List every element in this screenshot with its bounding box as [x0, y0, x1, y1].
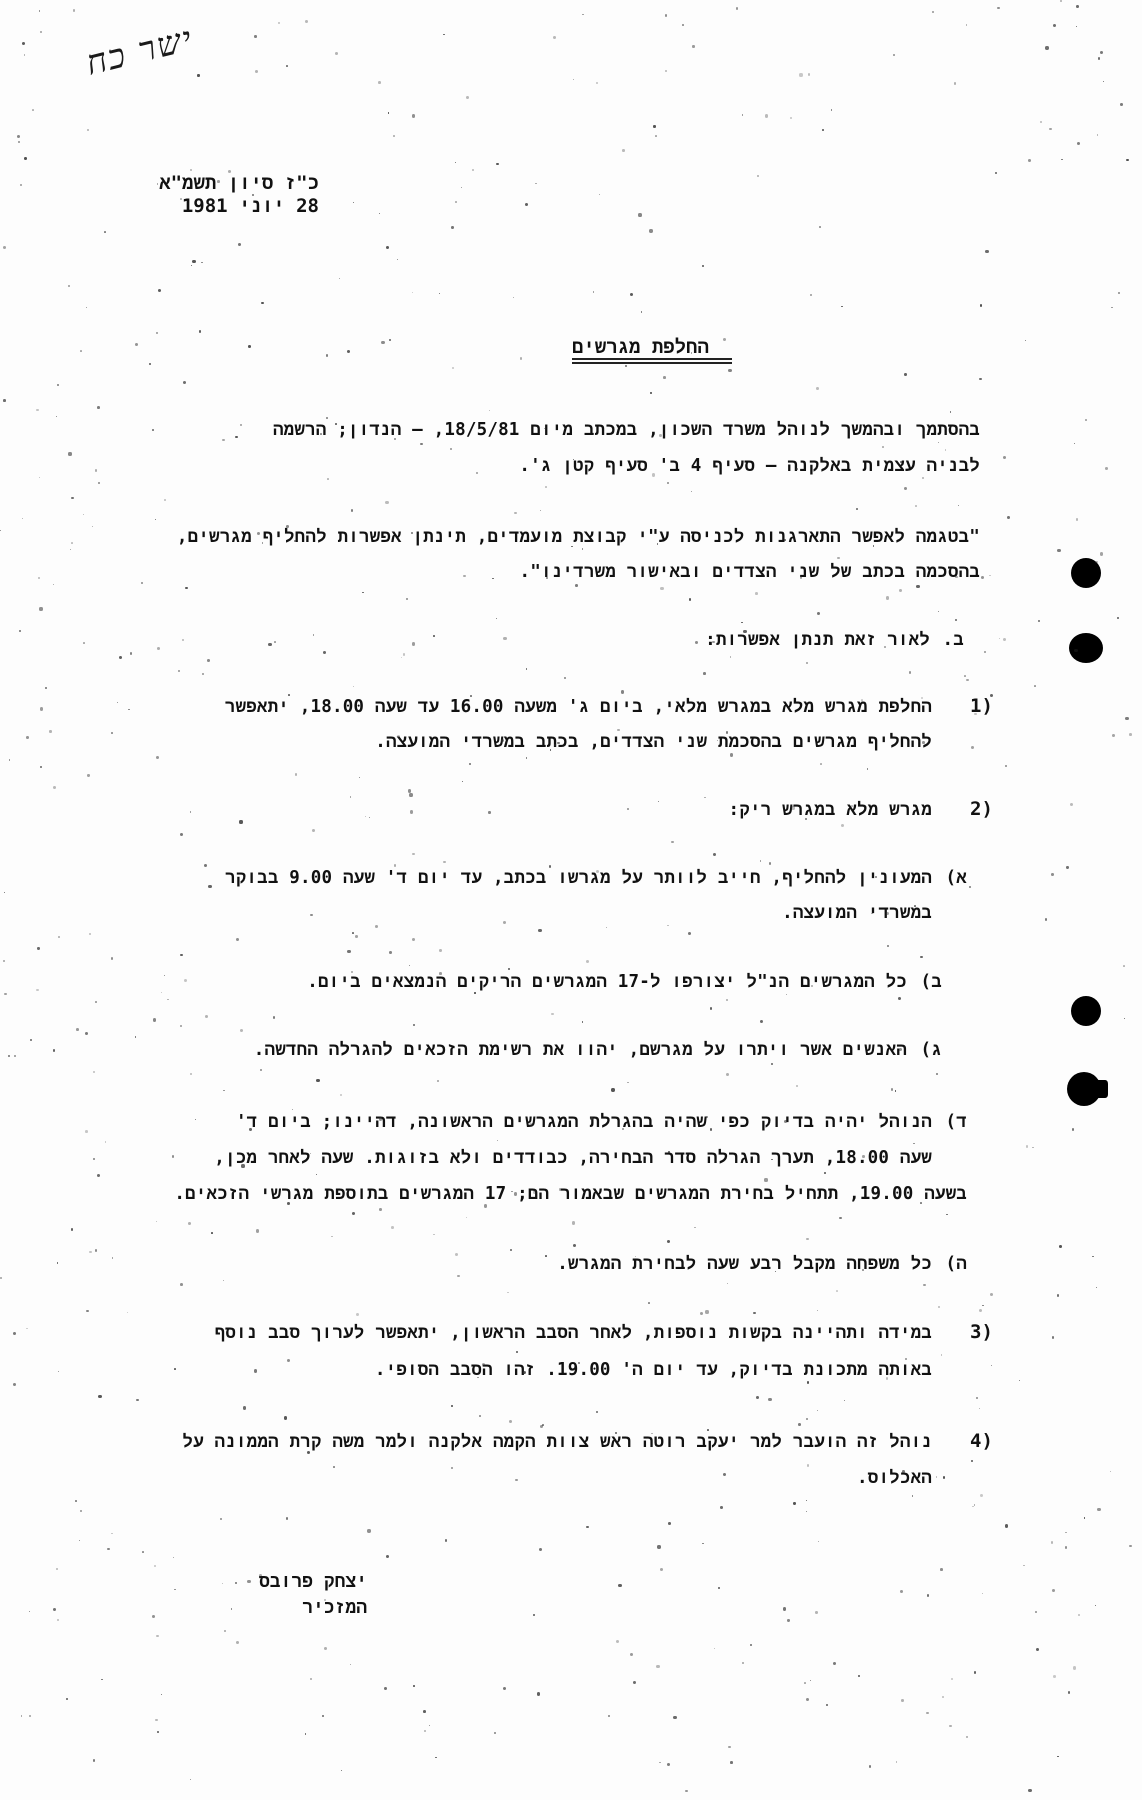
lead-in-text: לאור זאת תנתן אפשרות:	[705, 630, 930, 651]
quote-line-2: בהסכמה בכתב של שני הצדדים ובאישור משרדינ…	[520, 562, 980, 583]
title-underline-double	[572, 362, 732, 364]
subitem-e-line-1: כל משפחה מקבל רבע שעה לבחירת המגרש.	[557, 1254, 932, 1275]
quote-line-1: "בטגמה לאפשר התארגנות לכניסה ע"י קבוצת מ…	[177, 527, 980, 548]
item-1-line-1: החלפת מגרש מלא במגרש מלאי, ביום ג' משעה …	[225, 697, 932, 718]
subitem-d-marker: ד)	[946, 1112, 967, 1133]
punch-hole	[1069, 633, 1103, 663]
subitem-a-line-2: במשרדי המועצה.	[782, 903, 932, 924]
subitem-c-marker: ג)	[921, 1040, 942, 1061]
intro-line-2: לבניה עצמית באלקנה — סעיף 4 ב' סעיף קטן …	[519, 456, 980, 477]
subitem-b-line-1: כל המגרשים הנ"ל יצורפו ל-17 המגרשים הריק…	[307, 972, 907, 993]
subitem-c-line-1: האנשים אשר ויתרו על מגרשם, יהוו את רשימת…	[254, 1040, 907, 1061]
item-1-line-2: להחליף מגרשים בהסכמת שני הצדדים, בכתב במ…	[375, 732, 932, 753]
item-2-line-1: מגרש מלא במגרש ריק:	[729, 800, 932, 821]
lead-in-marker: ב.	[943, 630, 964, 651]
handwritten-note: ישר כח	[62, 19, 207, 128]
scanned-document-page: ישר כח כ"ז סיון תשמ"א 28 יוני 1981 החלפת…	[0, 0, 1142, 1800]
item-2-number: 2)	[970, 798, 993, 820]
item-3-number: 3)	[970, 1321, 993, 1343]
item-4-number: 4)	[970, 1430, 993, 1452]
subitem-b-marker: ב)	[921, 972, 942, 993]
subitem-d-line-1: הנוהל יהיה בדיוק כפי שהיה בהגרלת המגרשים…	[236, 1112, 932, 1133]
subitem-e-marker: ה)	[946, 1254, 967, 1275]
punch-hole-tear	[1094, 1080, 1108, 1098]
document-title: החלפת מגרשים	[572, 336, 709, 359]
date-gregorian: 28 יוני 1981	[159, 195, 319, 218]
subitem-a-marker: א)	[946, 868, 967, 889]
title-underline	[572, 358, 732, 360]
punch-hole	[1071, 996, 1101, 1026]
item-3-line-1: במידה ותהיינה בקשות נוספות, לאחר הסבב הר…	[215, 1323, 932, 1344]
subitem-d-line-2: שעה 18.00, תערך הגרלה סדר הבחירה, כבודדי…	[214, 1148, 932, 1169]
subitem-d-line-3: בשעה 19.00, תתחיל בחירת המגרשים שבאמור ה…	[174, 1184, 967, 1205]
signature-role: המזכיר	[302, 1597, 367, 1619]
item-1-number: 1)	[970, 695, 993, 717]
signature-name: יצחק פרובס	[259, 1571, 367, 1593]
date-hebrew: כ"ז סיון תשמ"א	[159, 172, 319, 195]
item-4-line-2: האכלוס.	[857, 1468, 932, 1489]
subitem-a-line-1: המעונין להחליף, חייב לוותר על מגרשו בכתב…	[225, 868, 932, 889]
intro-line-1: בהסתמך ובהמשך לנוהל משרד השכון, במכתב מי…	[273, 420, 980, 441]
item-3-line-2: באותה מתכונת בדיוק, עד יום ה' 19.00. זהו…	[375, 1360, 932, 1381]
date-block: כ"ז סיון תשמ"א 28 יוני 1981	[159, 172, 319, 218]
